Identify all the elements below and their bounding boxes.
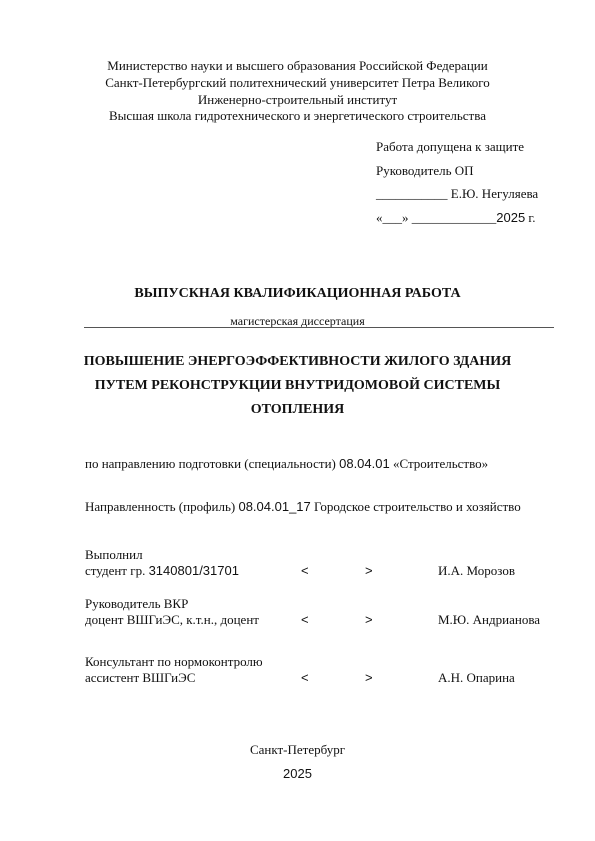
signature-1-gt: >: [365, 612, 373, 627]
profile-name: Городское строительство и хозяйство: [311, 499, 521, 514]
signature-2-position: ассистент ВШГиЭС: [85, 670, 195, 686]
approval-date: «___» _____________2025 г.: [376, 210, 536, 226]
signature-2-gt: >: [365, 670, 373, 685]
direction-name: «Строительство»: [390, 456, 488, 471]
thesis-title-line-3: ОТОПЛЕНИЯ: [0, 398, 595, 422]
group-number: 3140801/31701: [149, 563, 239, 578]
signature-0-name: И.А. Морозов: [438, 563, 515, 579]
direction-prefix: по направлению подготовки (специальности…: [85, 456, 339, 471]
signature-2-lt: <: [301, 670, 309, 685]
signature-0-gt: >: [365, 563, 373, 578]
signature-0-lt: <: [301, 563, 309, 578]
approval-role: Руководитель ОП: [376, 163, 474, 179]
work-type: ВЫПУСКНАЯ КВАЛИФИКАЦИОННАЯ РАБОТА: [0, 286, 595, 302]
signature-1-role: Руководитель ВКР: [85, 596, 188, 612]
footer-city: Санкт-Петербург: [0, 742, 595, 758]
ministry-line: Министерство науки и высшего образования…: [0, 57, 595, 74]
school-line: Высшая школа гидротехнического и энергет…: [0, 107, 595, 124]
position-text: студент гр.: [85, 563, 149, 578]
thesis-title-line-1: ПОВЫШЕНИЕ ЭНЕРГОЭФФЕКТИВНОСТИ ЖИЛОГО ЗДА…: [0, 350, 595, 374]
signature-1-lt: <: [301, 612, 309, 627]
admitted-label: Работа допущена к защите: [376, 139, 524, 155]
signature-1-name: М.Ю. Андрианова: [438, 612, 540, 628]
date-day: «___»: [376, 210, 409, 225]
signature-2-name: А.Н. Опарина: [438, 670, 515, 686]
profile-prefix: Направленность (профиль): [85, 499, 238, 514]
date-year-suffix: г.: [525, 210, 535, 225]
approver-name: Е.Ю. Негуляева: [451, 186, 538, 201]
signature-0-role: Выполнил: [85, 547, 143, 563]
signature-2-role: Консультант по нормоконтролю: [85, 654, 263, 670]
thesis-title-line-2: ПУТЕМ РЕКОНСТРУКЦИИ ВНУТРИДОМОВОЙ СИСТЕМ…: [0, 374, 595, 398]
signature-0-position: студент гр. 3140801/31701: [85, 563, 239, 579]
divider-line: [84, 327, 554, 328]
university-line: Санкт-Петербургский политехнический унив…: [0, 74, 595, 91]
approval-signature: ___________ Е.Ю. Негуляева: [376, 186, 538, 202]
institute-line: Инженерно-строительный институт: [0, 91, 595, 108]
direction-line: по направлению подготовки (специальности…: [85, 456, 488, 472]
signature-1-position: доцент ВШГиЭС, к.т.н., доцент: [85, 612, 259, 628]
profile-code: 08.04.01_17: [238, 499, 310, 514]
date-year: 2025: [496, 210, 525, 225]
direction-code: 08.04.01: [339, 456, 390, 471]
signature-line: ___________: [376, 186, 448, 201]
footer-year: 2025: [0, 766, 595, 781]
profile-line: Направленность (профиль) 08.04.01_17 Гор…: [85, 499, 521, 515]
date-month: _____________: [412, 210, 497, 225]
